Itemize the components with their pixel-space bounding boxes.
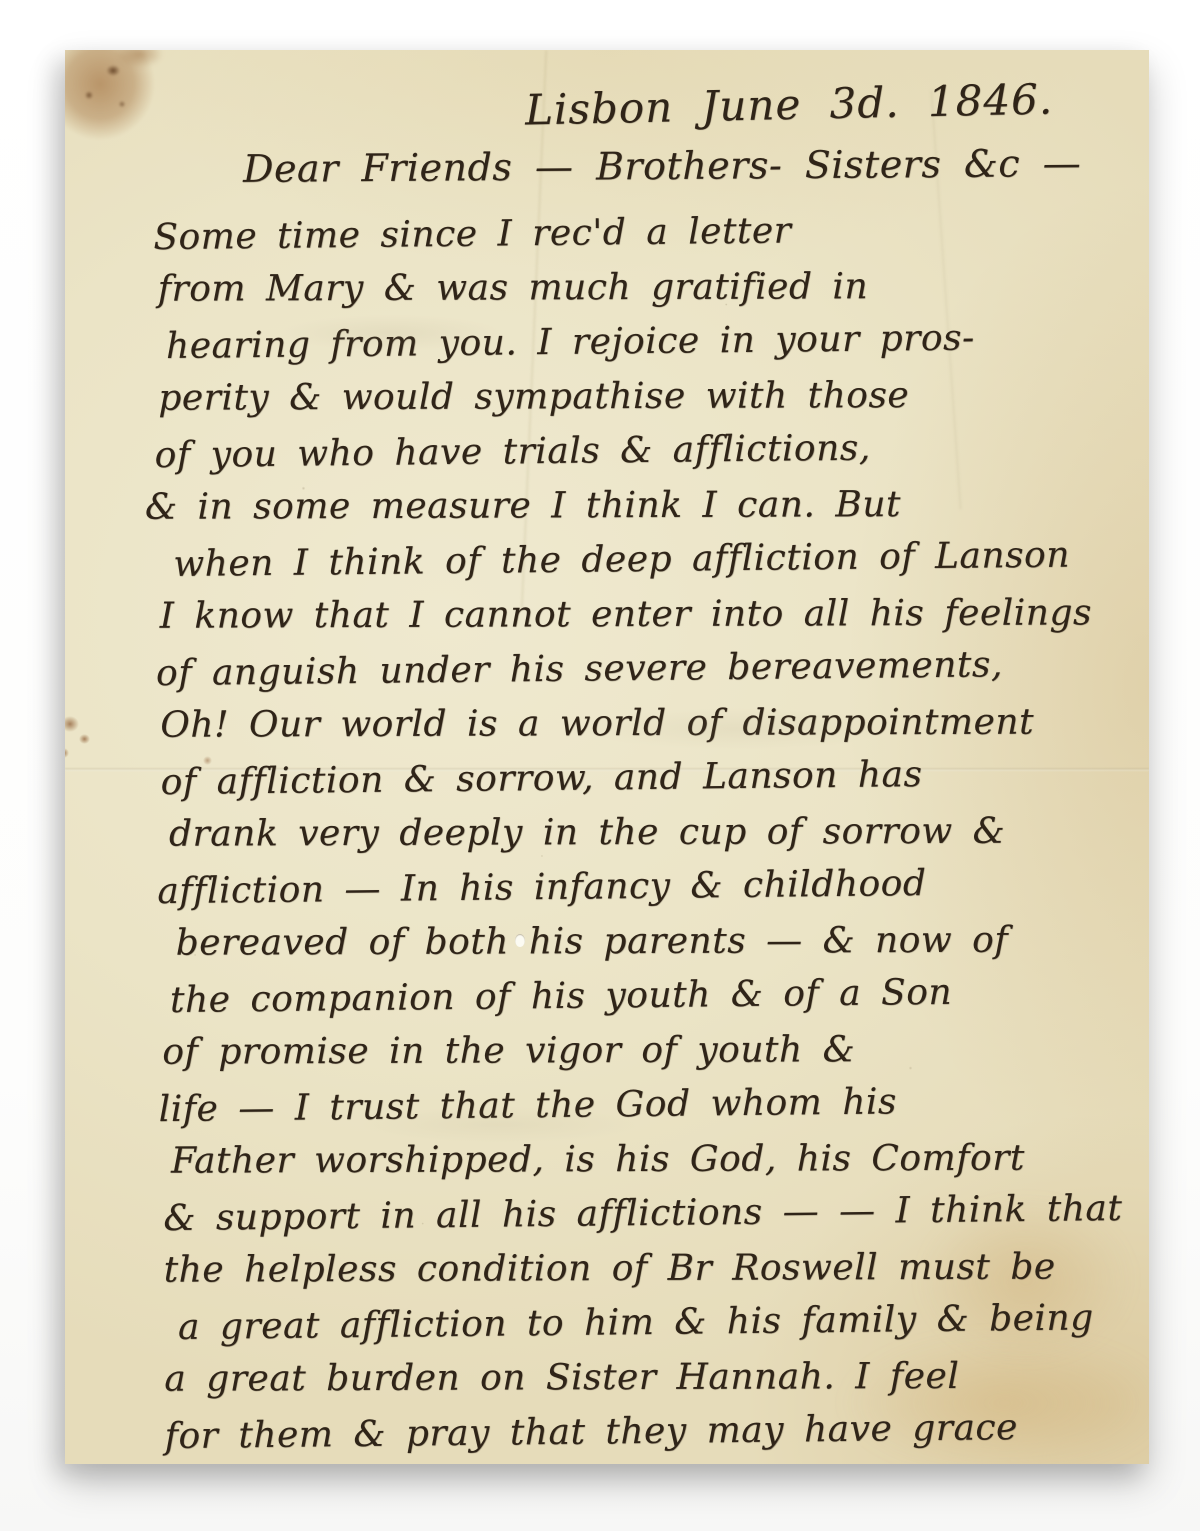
handwriting-line: the helpless condition of Br Roswell mus… bbox=[164, 1240, 1134, 1298]
handwriting-line: Oh! Our world is a world of disappointme… bbox=[160, 695, 1130, 753]
handwriting-line: drank very deeply in the cup of sorrow & bbox=[169, 804, 1131, 862]
handwriting-line: of you who have trials & afflictions, bbox=[154, 419, 1129, 484]
handwriting-line: Some time since I rec'd a letter bbox=[153, 201, 1128, 266]
letter-page: Lisbon June 3d. 1846. Dear Friends — Bro… bbox=[65, 50, 1149, 1464]
letter-dateline: Lisbon June 3d. 1846. bbox=[524, 74, 1053, 134]
handwriting-line: of anguish under his severe bereavements… bbox=[156, 637, 1131, 702]
handwriting-line: from Mary & was much gratified in bbox=[158, 259, 1128, 317]
handwriting-line: of affliction & sorrow, and Lanson has bbox=[160, 746, 1131, 811]
letter-salutation: Dear Friends — Brothers- Sisters &c — bbox=[243, 141, 1081, 191]
handwriting-line: perity & would sympathise with those bbox=[158, 368, 1128, 426]
handwriting-line: bereaved of both his parents — & now of bbox=[176, 913, 1132, 971]
handwriting-line: & in some measure I think I can. But bbox=[145, 477, 1129, 535]
handwriting-line: Father worshipped, is his God, his Comfo… bbox=[171, 1131, 1133, 1189]
handwriting-line: affliction — In his infancy & childhood bbox=[157, 855, 1132, 920]
handwriting-line: of promise in the vigor of youth & bbox=[162, 1022, 1132, 1080]
handwriting-line: when I think of the deep affliction of L… bbox=[173, 528, 1130, 593]
handwriting-line: life — I trust that the God whom his bbox=[158, 1073, 1133, 1138]
handwriting-line: for them & pray that they may have grace bbox=[164, 1400, 1135, 1464]
scan-background: Lisbon June 3d. 1846. Dear Friends — Bro… bbox=[0, 0, 1200, 1531]
handwriting-line: a great affliction to him & his family &… bbox=[178, 1291, 1135, 1356]
stain-spot-left bbox=[65, 748, 69, 758]
handwriting-line: hearing from you. I rejoice in your pros… bbox=[166, 310, 1129, 375]
handwriting-line: a great burden on Sister Hannah. I feel bbox=[164, 1349, 1134, 1407]
stain-spot-left bbox=[65, 716, 79, 732]
handwriting-line: the companion of his youth & of a Son bbox=[170, 964, 1133, 1029]
handwriting-line: I know that I cannot enter into all his … bbox=[160, 586, 1130, 644]
stain-spot-left bbox=[79, 734, 90, 744]
letter-body: Some time since I rec'd a letter from Ma… bbox=[157, 203, 1135, 1462]
handwriting-line: & support in all his afflictions — — I t… bbox=[163, 1182, 1134, 1247]
